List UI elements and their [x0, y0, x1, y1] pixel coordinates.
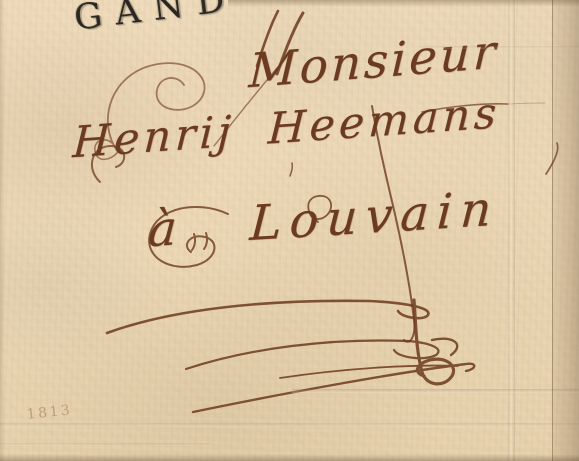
vertical-fold-crease [508, 0, 515, 461]
top-edge-shadow [228, 0, 579, 7]
horizontal-crease [0, 423, 579, 427]
letter-cover-scan: GAND Monsieur Henrij Heemans à Louvain [0, 0, 579, 461]
paraph-flourish [107, 300, 474, 412]
horizontal-crease [0, 443, 210, 446]
address-line-destination: à Louvain [147, 181, 501, 259]
address-line-salutation: Monsieur [248, 24, 500, 99]
pencil-date-annotation: 1813 [26, 402, 73, 423]
address-line-recipient: Henrij Heemans [71, 88, 501, 168]
right-edge-shadow [552, 0, 579, 461]
bottom-edge-shadow [0, 454, 579, 461]
horizontal-crease [292, 389, 579, 393]
gand-postmark: GAND [72, 0, 240, 39]
left-edge-shadow [0, 0, 5, 461]
